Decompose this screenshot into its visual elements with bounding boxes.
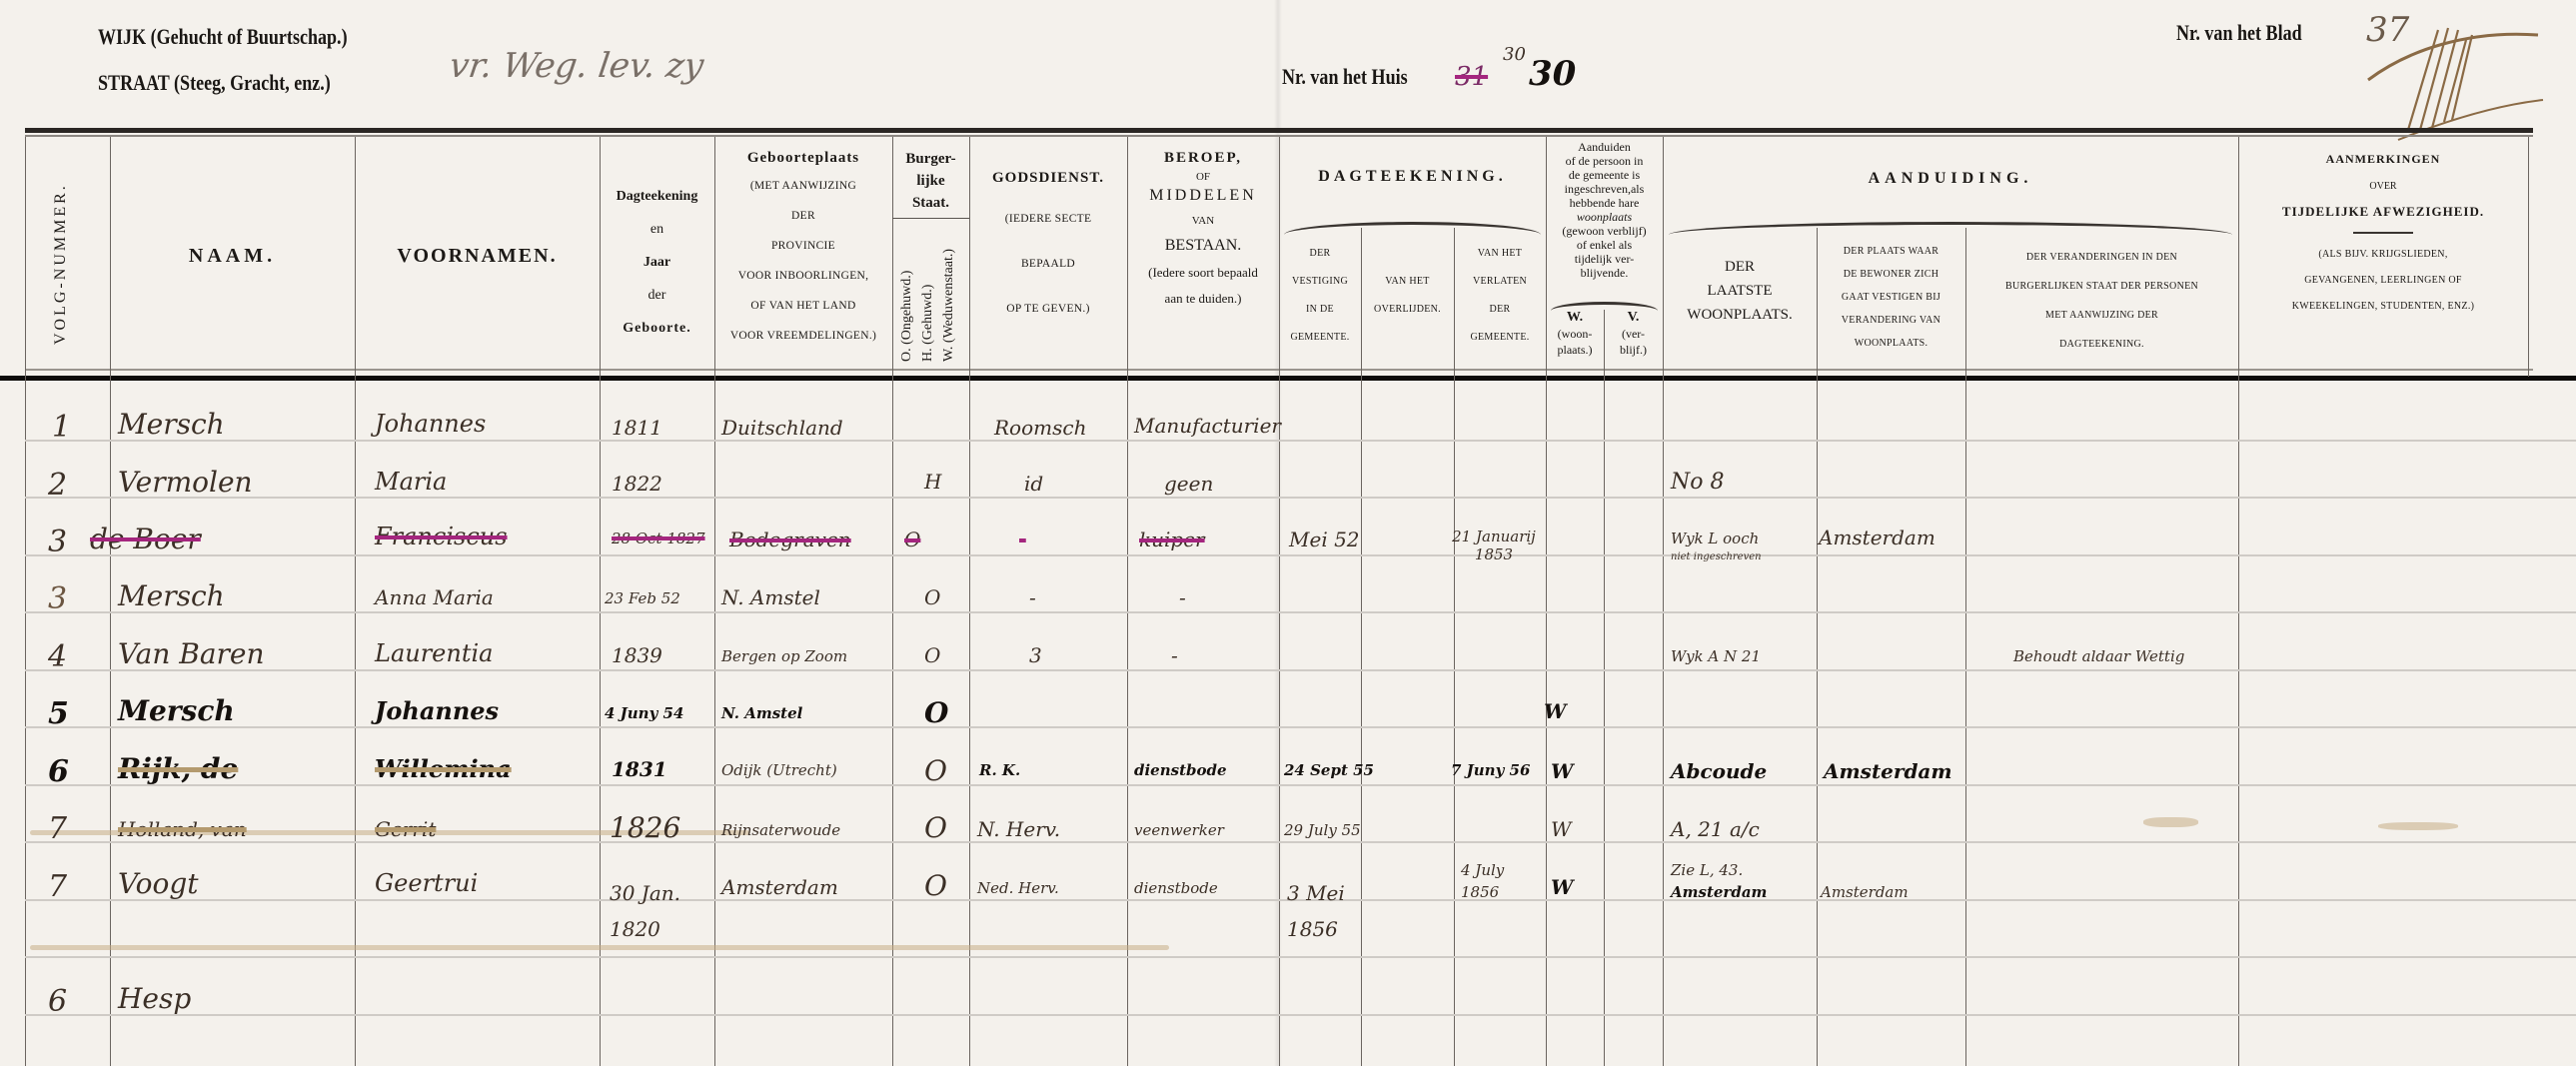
header-geboorte: Dagteekening en Jaar der Geboorte. <box>600 180 714 345</box>
cell-godsdienst: R. K. <box>979 761 1020 779</box>
cell-voornamen: Laurentia <box>375 639 493 667</box>
header-line: OVERLIJDEN. <box>1361 296 1454 324</box>
header-line: VESTIGING <box>1279 268 1361 296</box>
row-line <box>25 841 2576 843</box>
header-line: GAAT VESTIGEN BIJ <box>1817 286 1965 309</box>
header-line: DER PLAATS WAAR <box>1817 240 1965 263</box>
cell-geboorteplaats: Odijk (Utrecht) <box>721 761 837 779</box>
header-line: TIJDELIJKE AFWEZIGHEID. <box>2238 204 2528 220</box>
register-page: WIJK (Gehucht of Buurtschap.) STRAAT (St… <box>0 0 2576 1066</box>
column-divider <box>110 137 111 1066</box>
cell-naam: Rijk, de <box>118 752 238 785</box>
cell-godsdienst: - <box>1019 528 1026 551</box>
header-line: Burger- <box>892 148 969 170</box>
header-veranderingen: DER VERANDERINGEN IN DEN BURGERLIJKEN ST… <box>1965 243 2238 359</box>
header-dagteekening: DAGTEEKENING. <box>1279 168 1546 186</box>
cell-voornamen: Johannes <box>375 410 486 438</box>
header-line: DER VERANDERINGEN IN DEN <box>1965 243 2238 272</box>
row-line <box>25 726 2576 728</box>
header-line: PROVINCIE <box>714 231 892 261</box>
header-plaats-vestiging: DER PLAATS WAAR DE BEWONER ZICH GAAT VES… <box>1817 240 1965 355</box>
cell-geboorteplaats: Bergen op Zoom <box>721 647 847 665</box>
header-line: plaats.) <box>1546 342 1604 358</box>
cell-veranderingen: Behoudt aldaar Wettig <box>2013 647 2184 665</box>
header-line: GEMEENTE. <box>1279 324 1361 352</box>
cell-w: W <box>1551 817 1572 841</box>
header-burgerlijke-staat: Burger- lijke Staat. <box>892 148 969 214</box>
cell-w: W <box>1551 875 1573 899</box>
blad-label: Nr. van het Blad <box>2176 20 2302 46</box>
brace-decoration <box>1284 222 1541 235</box>
header-line: aan te duiden.) <box>1127 291 1279 307</box>
cell-laatste-woonplaats: No 8 <box>1671 470 1725 495</box>
header-line: Dagteekening <box>600 180 714 213</box>
cell-volgnummer: 6 <box>48 984 67 1019</box>
row-line <box>25 784 2576 786</box>
header-line: de gemeente is <box>1546 168 1663 182</box>
header-voornamen: VOORNAMEN. <box>355 245 600 268</box>
cell-laatste-woonplaats: Zie L, 43. <box>1671 861 1743 879</box>
cell-volgnummer: 3 <box>48 581 67 616</box>
cell-voornamen: Franciscus <box>375 523 508 550</box>
cell-beroep: - <box>1179 585 1186 609</box>
header-aanmerkingen: AANMERKINGEN OVER TIJDELIJKE AFWEZIGHEID… <box>2238 152 2528 320</box>
header-title: BEROEP, <box>1127 150 1279 167</box>
header-geboorteplaats: Geboorteplaats (MET AANWIJZING DER PROVI… <box>714 150 892 351</box>
cell-godsdienst: id <box>1024 472 1043 496</box>
cell-verlaten: 7 Juny 56 <box>1451 761 1530 779</box>
column-divider <box>892 137 893 1066</box>
header-line: (gewoon verblijf) <box>1546 224 1663 238</box>
cell-vestiging: Mei 52 <box>1289 528 1360 551</box>
header-line: blijvende. <box>1546 266 1663 280</box>
header-line: MIDDELEN <box>1127 187 1279 205</box>
header-aanduiden-wv: Aanduiden of de persoon in de gemeente i… <box>1546 140 1663 280</box>
cell-geboorteplaats: Duitschland <box>721 416 843 440</box>
wijk-label: WIJK (Gehucht of Buurtschap.) <box>98 24 348 50</box>
header-line: BESTAAN. <box>1127 237 1279 255</box>
cell-geboorte: 1811 <box>612 416 662 440</box>
cell-beroep: - <box>1171 643 1178 667</box>
brace-decoration <box>1669 222 2232 235</box>
row-line <box>25 554 2576 556</box>
straat-label: STRAAT (Steeg, Gracht, enz.) <box>98 70 331 96</box>
cell-geboorteplaats: N. Amstel <box>721 585 820 609</box>
header-line: tijdelijk ver- <box>1546 252 1663 266</box>
cell-voornamen: Anna Maria <box>375 585 494 609</box>
column-divider <box>355 137 356 1066</box>
row-line <box>25 1014 2576 1016</box>
cell-godsdienst: Roomsch <box>994 416 1086 440</box>
header-line: Jaar <box>600 246 714 279</box>
column-divider <box>25 137 26 1066</box>
header-letter: V. <box>1604 310 1663 326</box>
ornament-divider <box>2353 232 2413 234</box>
cell-laatste-woonplaats-note: niet ingeschreven <box>1671 551 1762 562</box>
cell-vestiging: 3 Mei 1856 <box>1287 875 1357 947</box>
column-divider <box>1361 228 1362 1066</box>
cell-naam: Mersch <box>118 579 225 612</box>
header-line: VAN HET <box>1361 268 1454 296</box>
header-verlaten: VAN HET VERLATEN DER GEMEENTE. <box>1454 240 1546 352</box>
header-line: OF <box>1127 171 1279 183</box>
header-line: ingeschreven,als <box>1546 182 1663 196</box>
row-line <box>25 440 2576 442</box>
header-line: VAN HET <box>1454 240 1546 268</box>
header-line: OVER <box>2238 181 2528 192</box>
cell-volgnummer: 3 <box>48 525 67 559</box>
strike-line-row-8 <box>30 945 1169 950</box>
cell-geboorte: 4 Juny 54 <box>605 704 683 722</box>
header-line: IN DE <box>1279 296 1361 324</box>
cell-vestiging: 24 Sept 55 <box>1284 761 1374 779</box>
header-line: WOONPLAATS. <box>1817 332 1965 355</box>
header-line: DER <box>1279 240 1361 268</box>
header-line: GEVANGENEN, LEERLINGEN OF <box>2238 268 2528 294</box>
cell-beroep: Manufacturier <box>1134 414 1281 438</box>
ink-stain <box>2143 817 2198 827</box>
cell-laatste-woonplaats-2: Amsterdam <box>1671 883 1767 901</box>
header-line: of enkel als <box>1546 238 1663 252</box>
cell-geboorte: 30 Jan. 1820 <box>610 875 709 947</box>
cell-burgerlijke-staat: O <box>924 696 948 729</box>
header-title: Geboorteplaats <box>714 150 892 167</box>
cell-laatste-woonplaats: Wyk A N 21 <box>1671 647 1761 665</box>
header-line: BURGERLIJKEN STAAT DER PERSONEN <box>1965 272 2238 301</box>
header-line: (MET AANWIJZING <box>714 171 892 201</box>
cell-laatste-woonplaats: A, 21 a/c <box>1671 817 1760 841</box>
cell-geboorteplaats: N. Amstel <box>721 704 802 722</box>
cell-volgnummer: 4 <box>48 639 67 674</box>
cell-geboorte: 1822 <box>612 472 662 496</box>
cell-burgerlijke-staat: O <box>924 585 940 609</box>
cell-godsdienst: Ned. Herv. <box>977 879 1059 897</box>
header-sub: (ALS BIJV. KRIJGSLIEDEN, GEVANGENEN, LEE… <box>2238 242 2528 320</box>
cell-burgerlijke-staat: H <box>924 470 941 494</box>
row-line <box>25 956 2576 958</box>
cell-plaats-vestiging: Amsterdam <box>1821 883 1909 901</box>
cell-voornamen: Maria <box>375 468 447 496</box>
cell-geboorte: 28 Oct 1827 <box>612 530 705 547</box>
header-godsdienst: GODSDIENST. (IEDERE SECTE BEPAALD OP TE … <box>969 170 1127 332</box>
header-line: VERLATEN <box>1454 268 1546 296</box>
cell-voornamen: Willemina <box>375 754 512 783</box>
cell-geboorteplaats: Rijnsaterwoude <box>721 821 840 839</box>
header-line: Geboorte. <box>600 312 714 345</box>
cell-burgerlijke-staat: O <box>924 811 947 844</box>
row-line <box>25 669 2576 671</box>
burger-option-o: O. (Ongehuwd.) <box>899 271 915 362</box>
cell-geboorteplaats: Bodegraven <box>729 528 851 551</box>
header-line: GEMEENTE. <box>1454 324 1546 352</box>
row-line <box>25 611 2576 613</box>
cell-naam: Holland, van <box>118 817 247 841</box>
cell-w: W <box>1544 699 1566 723</box>
header-naam: NAAM. <box>110 245 355 268</box>
column-divider <box>2528 137 2529 377</box>
cell-verlaten: 4 July 1856 <box>1461 859 1531 903</box>
cell-geboorte: 1826 <box>610 811 680 844</box>
header-line: (ALS BIJV. KRIJGSLIEDEN, <box>2238 242 2528 268</box>
cell-verlaten: 21 Januarij 1853 <box>1449 528 1539 563</box>
header-volgnummer: VOLG-NUMMER. <box>52 183 70 345</box>
cell-voornamen: Gerrit <box>375 817 436 841</box>
header-title: GODSDIENST. <box>969 170 1127 187</box>
header-line: VAN <box>1127 215 1279 227</box>
header-line: BEPAALD <box>969 242 1127 287</box>
header-line: (Iedere soort bepaald <box>1127 265 1279 281</box>
column-divider <box>1454 228 1455 1066</box>
header-line: VOOR VREEMDELINGEN.) <box>714 321 892 351</box>
header-line: hebbende hare <box>1546 196 1663 210</box>
ink-stain <box>2378 822 2458 830</box>
burger-option-h: H. (Gehuwd.) <box>920 285 936 362</box>
header-line: MET AANWIJZING DER <box>1965 301 2238 330</box>
cell-laatste-woonplaats: Abcoude <box>1671 759 1767 783</box>
huis-value: 30 <box>1529 54 1576 94</box>
cell-naam: de Boer <box>90 523 201 555</box>
header-line: VERANDERING VAN <box>1817 309 1965 332</box>
header-aanduiding: AANDUIDING. <box>1663 170 2238 188</box>
huis-value-struck: 31 <box>1455 62 1488 92</box>
header-line: DAGTEEKENING. <box>1965 330 2238 359</box>
cell-burgerlijke-staat: O <box>924 754 947 787</box>
cell-voornamen: Johannes <box>375 696 499 725</box>
cell-geboorte: 1831 <box>612 757 667 781</box>
cell-vestiging: 29 July 55 <box>1284 821 1361 839</box>
cell-godsdienst: 3 <box>1029 643 1042 667</box>
cell-burgerlijke-staat: O <box>924 643 940 667</box>
cell-geboorteplaats: Amsterdam <box>721 875 838 899</box>
cell-burgerlijke-staat: O <box>904 528 920 551</box>
header-line: OF VAN HET LAND <box>714 291 892 321</box>
header-line: LAATSTE <box>1663 279 1817 303</box>
header-overlijden: VAN HET OVERLIJDEN. <box>1361 268 1454 324</box>
header-line: lijke <box>892 170 969 192</box>
header-line: DER <box>1454 296 1546 324</box>
header-sub: (MET AANWIJZING DER PROVINCIE VOOR INBOO… <box>714 171 892 351</box>
header-line: (woon- <box>1546 326 1604 342</box>
header-line: KWEEKELINGEN, STUDENTEN, ENZ.) <box>2238 294 2528 320</box>
cell-beroep: dienstbode <box>1134 761 1227 779</box>
header-beroep: BEROEP, OF MIDDELEN VAN BESTAAN. (Iedere… <box>1127 150 1279 307</box>
cell-beroep: kuiper <box>1139 528 1205 551</box>
cell-beroep: geen <box>1164 472 1213 496</box>
cell-plaats-vestiging: Amsterdam <box>1819 526 1935 549</box>
header-w: W. (woon- plaats.) <box>1546 310 1604 358</box>
cell-naam: Mersch <box>118 694 235 727</box>
cell-beroep: dienstbode <box>1134 879 1218 897</box>
header-line: VOOR INBOORLINGEN, <box>714 261 892 291</box>
cell-voornamen: Geertrui <box>375 869 478 897</box>
cell-godsdienst: N. Herv. <box>977 817 1060 841</box>
header-v: V. (ver- blijf.) <box>1604 310 1663 358</box>
header-line: DER <box>1663 255 1817 279</box>
header-line: of de persoon in <box>1546 154 1663 168</box>
header-line: Staat. <box>892 192 969 214</box>
huis-value-superscript: 30 <box>1503 44 1526 65</box>
cell-naam: Van Baren <box>118 637 265 670</box>
header-line: (IEDERE SECTE <box>969 197 1127 242</box>
header-line: blijf.) <box>1604 342 1663 358</box>
header-line: DE BEWONER ZICH <box>1817 263 1965 286</box>
cell-naam: Voogt <box>118 867 199 900</box>
straat-value: vr. Weg. lev. zy <box>447 46 706 86</box>
header-line: en <box>600 213 714 246</box>
huis-label: Nr. van het Huis <box>1282 64 1408 90</box>
header-sub: (IEDERE SECTE BEPAALD OP TE GEVEN.) <box>969 197 1127 332</box>
header-vestiging: DER VESTIGING IN DE GEMEENTE. <box>1279 240 1361 352</box>
cell-naam: Hesp <box>118 982 191 1015</box>
cell-naam: Vermolen <box>118 466 253 499</box>
cell-w: W <box>1551 759 1573 783</box>
header-bottom-rule <box>0 376 2576 381</box>
cell-volgnummer: 2 <box>48 468 67 503</box>
header-line: woonplaats <box>1546 210 1663 224</box>
cell-volgnummer: 5 <box>48 696 69 731</box>
header-line: DER <box>714 201 892 231</box>
header-line: (ver- <box>1604 326 1663 342</box>
cell-burgerlijke-staat: O <box>924 869 947 902</box>
row-line <box>25 497 2576 499</box>
header-top-rule <box>25 128 2533 133</box>
burger-divider <box>892 218 969 219</box>
cell-volgnummer: 6 <box>48 754 69 789</box>
cell-geboorte: 23 Feb 52 <box>605 589 680 607</box>
header-line: der <box>600 279 714 312</box>
cell-godsdienst: - <box>1029 585 1036 609</box>
header-letter: W. <box>1546 310 1604 326</box>
cell-geboorte: 1839 <box>612 643 662 667</box>
cell-laatste-woonplaats: Wyk L ooch <box>1671 530 1759 547</box>
header-line: WOONPLAATS. <box>1663 303 1817 327</box>
cell-naam: Mersch <box>118 408 225 441</box>
column-divider <box>1604 310 1605 1066</box>
cell-volgnummer: 1 <box>52 410 71 445</box>
header-line: AANMERKINGEN <box>2238 152 2528 167</box>
burger-option-w: W. (Weduwenstaat.) <box>941 249 957 362</box>
cell-beroep: veenwerker <box>1134 821 1224 839</box>
cell-volgnummer: 7 <box>48 869 67 904</box>
cell-volgnummer: 7 <box>48 811 67 846</box>
cell-plaats-vestiging: Amsterdam <box>1824 759 1952 783</box>
header-line: Aanduiden <box>1546 140 1663 154</box>
header-line: OP TE GEVEN.) <box>969 287 1127 332</box>
header-laatste-woonplaats: DER LAATSTE WOONPLAATS. <box>1663 255 1817 327</box>
